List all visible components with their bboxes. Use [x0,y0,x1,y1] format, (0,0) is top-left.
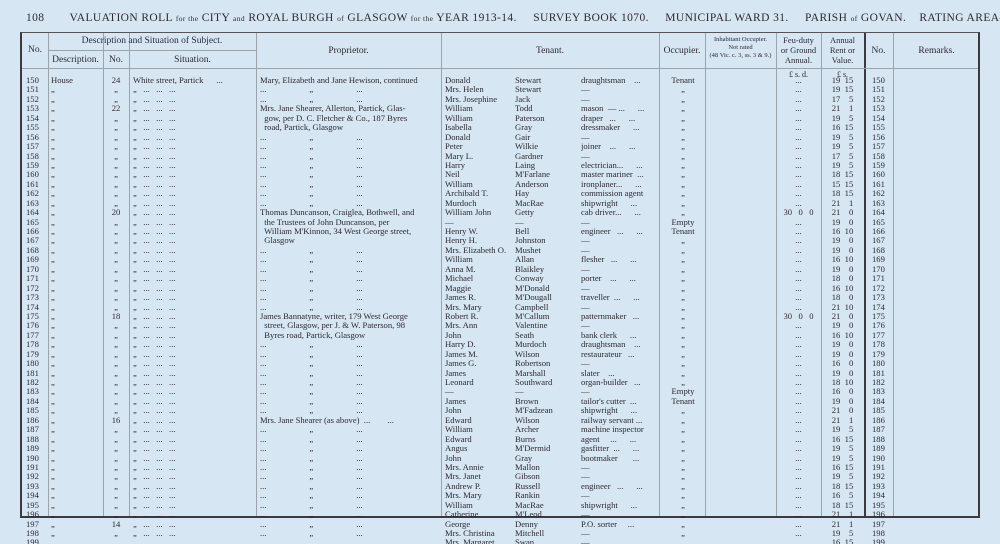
row-occupation: electrician... ... [581,161,659,170]
row-feu-duty: ... [776,538,821,544]
row-occupation: — [581,85,659,94]
row-occupation: shipwright ... [581,406,659,415]
row-description: „ [51,161,101,170]
row-description: „ [51,444,101,453]
row-proprietor: ... „ ... [260,255,440,264]
row-occupation: master mariner ... [581,170,659,179]
row-description: „ [51,246,101,255]
row-occupation: tailor's cutter ... [581,397,659,406]
row-occupation: — [581,236,659,245]
row-description: „ [51,265,101,274]
rating-area: RATING AREA—PARTICK. [919,12,1000,24]
row-occupation: commission agent [581,189,659,198]
row-occupation: — [581,529,659,538]
col-header-tenant: Tenant. [441,46,659,57]
row-occupation: traveller ... ... [581,293,659,302]
page-number: 108 [26,12,44,24]
row-description: „ [51,114,101,123]
row-proprietor: ... „ ... [260,472,440,481]
row-occupation: porter ... ... [581,274,659,283]
row-proprietor: ... „ ... [260,340,440,349]
page-header: 108 VALUATION ROLL for the CITY and ROYA… [26,12,1000,24]
row-number: 199 [26,538,46,544]
row-description: „ [51,397,101,406]
row-occupation: agent ... ... [581,435,659,444]
row-proprietor: ... „ ... [260,85,440,94]
row-description: „ [51,284,101,293]
row-description: „ [51,463,101,472]
row-proprietor: ... „ ... [260,435,440,444]
row-proprietor: ... „ ... [260,274,440,283]
row-description: „ [51,255,101,264]
divider [48,50,256,51]
row-proprietor: ... „ ... [260,142,440,151]
row-description: „ [51,236,101,245]
row-description: „ [51,218,101,227]
valuation-table: No. Description and Situation of Subject… [20,32,980,518]
row-proprietor: road, Partick, Glasgow [260,123,440,132]
col-header-proprietor: Proprietor. [256,46,441,57]
row-house-number: „ [105,538,127,544]
row-proprietor: ... „ ... [260,387,440,396]
row-tenant-first: William John [445,208,515,217]
row-description: „ [51,123,101,132]
row-proprietor: ... „ ... [260,265,440,274]
roll-title: VALUATION ROLL for the CITY and ROYAL BU… [70,12,521,24]
row-occupation: — [581,152,659,161]
row-occupation: — [581,246,659,255]
row-proprietor: ... „ ... [260,189,440,198]
row-occupation: — [581,491,659,500]
municipal-ward: MUNICIPAL WARD 31. [665,12,788,24]
row-proprietor: ... „ ... [260,454,440,463]
row-proprietor: ... „ ... [260,378,440,387]
row-occupation: machine inspector [581,425,659,434]
row-proprietor: ... „ ... [260,425,440,434]
row-proprietor: street, Glasgow, per J. & W. Paterson, 9… [260,321,440,330]
row-proprietor: ... „ ... [260,170,440,179]
row-proprietor: ... „ ... [260,397,440,406]
row-occupier: „ [661,538,705,544]
row-occupation: shipwright ... [581,501,659,510]
row-description: „ [51,293,101,302]
row-occupation: — [581,284,659,293]
row-proprietor: ... „ ... [260,501,440,510]
row-description: „ [51,312,101,321]
row-situation: „ ... ... ... [133,538,253,544]
row-description: „ [51,387,101,396]
row-tenant-last: Southward [515,378,581,387]
row-occupation: engineer ... ... [581,227,659,236]
row-description: „ [51,350,101,359]
row-tenant-last: Swan [515,538,581,544]
row-occupation: cab driver... ... [581,208,659,217]
row-proprietor: ... „ ... [260,538,440,544]
row-tenant-first: Mrs. Margaret [445,538,515,544]
row-occupation: — [581,510,659,519]
row-proprietor: ... „ ... [260,491,440,500]
row-description: House [51,76,101,85]
row-tenant-first: Leonard [445,378,515,387]
row-description: „ [51,406,101,415]
row-description: „ [51,472,101,481]
row-proprietor: ... „ ... [260,303,440,312]
row-occupation: ironplaner... ... [581,180,659,189]
col-header-feu-duty: Feu-dutyor GroundAnnual. [776,35,821,65]
row-occupation: engineer ... ... [581,482,659,491]
col-header-annual-rent: AnnualRent orValue. [821,35,864,65]
row-description: „ [51,369,101,378]
col-header-inhabitant: Inhabitant Occupier.Not rated(48 Vic. c.… [705,36,776,60]
parish: PARISH of GOVAN. [805,12,906,24]
row-occupation: — [581,538,659,544]
survey-book: SURVEY BOOK 1070. [533,12,649,24]
row-occupation: — [581,303,659,312]
row-description: „ [51,491,101,500]
row-proprietor: ... „ ... [260,510,440,519]
row-proprietor: the Trustees of John Duncanson, per [260,218,440,227]
table-body: 150 House 24 White street, Partick ... M… [22,76,978,544]
row-occupation: railway servant ... [581,416,659,425]
row-description: „ [51,321,101,330]
row-description: „ [51,170,101,179]
row-proprietor: ... „ ... [260,293,440,302]
row-occupation: dressmaker ... [581,123,659,132]
table-row: 199 „ „ „ ... ... ... ... „ ... Mrs. Mar… [22,538,978,544]
row-occupation: slater ... [581,369,659,378]
row-occupation: draughtsman ... [581,340,659,349]
row-proprietor: ... „ ... [260,359,440,368]
row-description: „ [51,482,101,491]
col-header-remarks: Remarks. [893,46,980,57]
row-description: „ [51,303,101,312]
row-occupation: mason — ... ... [581,104,659,113]
row-occupation: shipwright ... [581,199,659,208]
row-proprietor: ... „ ... [260,95,440,104]
row-description: „ [51,378,101,387]
col-header-desc-no: No. [103,55,129,66]
row-description: „ [51,416,101,425]
row-description: „ [51,152,101,161]
row-proprietor: ... „ ... [260,406,440,415]
row-occupation: restaurateur ... [581,350,659,359]
row-occupation: — [581,265,659,274]
row-proprietor: ... „ ... [260,199,440,208]
row-proprietor: Glasgow [260,236,440,245]
row-proprietor: ... „ ... [260,133,440,142]
row-proprietor: ... „ ... [260,482,440,491]
row-proprietor: Mary, Elizabeth and Jane Hewison, contin… [260,76,440,85]
row-occupation: — [581,359,659,368]
row-proprietor: ... „ ... [260,520,440,529]
row-occupation: patternmaker ... [581,312,659,321]
col-header-occupier: Occupier. [659,46,705,57]
row-occupation: draper ... ... [581,114,659,123]
row-proprietor: gow, per D. C. Fletcher & Co., 187 Byres [260,114,440,123]
row-occupation: — [581,321,659,330]
row-occupation: draughtsman ... [581,76,659,85]
row-proprietor: ... „ ... [260,350,440,359]
row-description: „ [51,133,101,142]
row-description: „ [51,454,101,463]
row-occupation: — [581,218,659,227]
row-description: „ [51,95,101,104]
col-header-desc-group: Description and Situation of Subject. [48,36,256,47]
row-proprietor: ... „ ... [260,284,440,293]
row-proprietor: ... „ ... [260,463,440,472]
row-description: „ [51,104,101,113]
row-annual-rent: 16 15 [821,538,864,544]
row-description: „ [51,538,101,544]
row-occupation: P.O. sorter ... [581,520,659,529]
row-description: „ [51,529,101,538]
row-occupation: — [581,463,659,472]
row-description: „ [51,501,101,510]
col-header-no: No. [22,45,48,56]
col-header-situation: Situation. [129,55,256,66]
row-description: „ [51,274,101,283]
row-occupation: bootmaker ... [581,454,659,463]
row-description: „ [51,510,101,519]
row-description: „ [51,435,101,444]
row-occupation: organ-builder ... [581,378,659,387]
row-occupation: joiner ... ... [581,142,659,151]
row-occupation: — [581,472,659,481]
row-proprietor: ... „ ... [260,180,440,189]
row-description: „ [51,340,101,349]
col-header-no-right: No. [864,46,893,57]
row-occupation: — [581,95,659,104]
row-description: „ [51,199,101,208]
row-proprietor: Mrs. Jane Shearer (as above) ... ... [260,416,440,425]
row-description: „ [51,331,101,340]
row-description: „ [51,208,101,217]
row-description: „ [51,189,101,198]
row-number-right: 199 [872,538,892,544]
row-proprietor: Byres road, Partick, Glasgow [260,331,440,340]
row-proprietor: James Bannatyne, writer, 179 West George [260,312,440,321]
row-description: „ [51,359,101,368]
row-proprietor: ... „ ... [260,529,440,538]
row-description: „ [51,425,101,434]
row-description: „ [51,85,101,94]
row-occupation: — [581,133,659,142]
row-occupation: gasfitter ... ... [581,444,659,453]
row-occupation: flesher ... ... [581,255,659,264]
row-proprietor: Mrs. Jane Shearer, Allerton, Partick, Gl… [260,104,440,113]
row-tenant-last: Getty [515,208,581,217]
row-description: „ [51,180,101,189]
row-description: „ [51,227,101,236]
row-proprietor: ... „ ... [260,444,440,453]
row-proprietor: ... „ ... [260,161,440,170]
row-description: „ [51,520,101,529]
row-proprietor: William M'Kinnon, 34 West George street, [260,227,440,236]
row-proprietor: ... „ ... [260,369,440,378]
row-description: „ [51,142,101,151]
row-proprietor: Thomas Duncanson, Craiglea, Bothwell, an… [260,208,440,217]
row-occupation: bank clerk ... [581,331,659,340]
row-proprietor: ... „ ... [260,246,440,255]
row-occupation: — [581,387,659,396]
row-proprietor: ... „ ... [260,152,440,161]
col-header-description: Description. [48,55,103,66]
